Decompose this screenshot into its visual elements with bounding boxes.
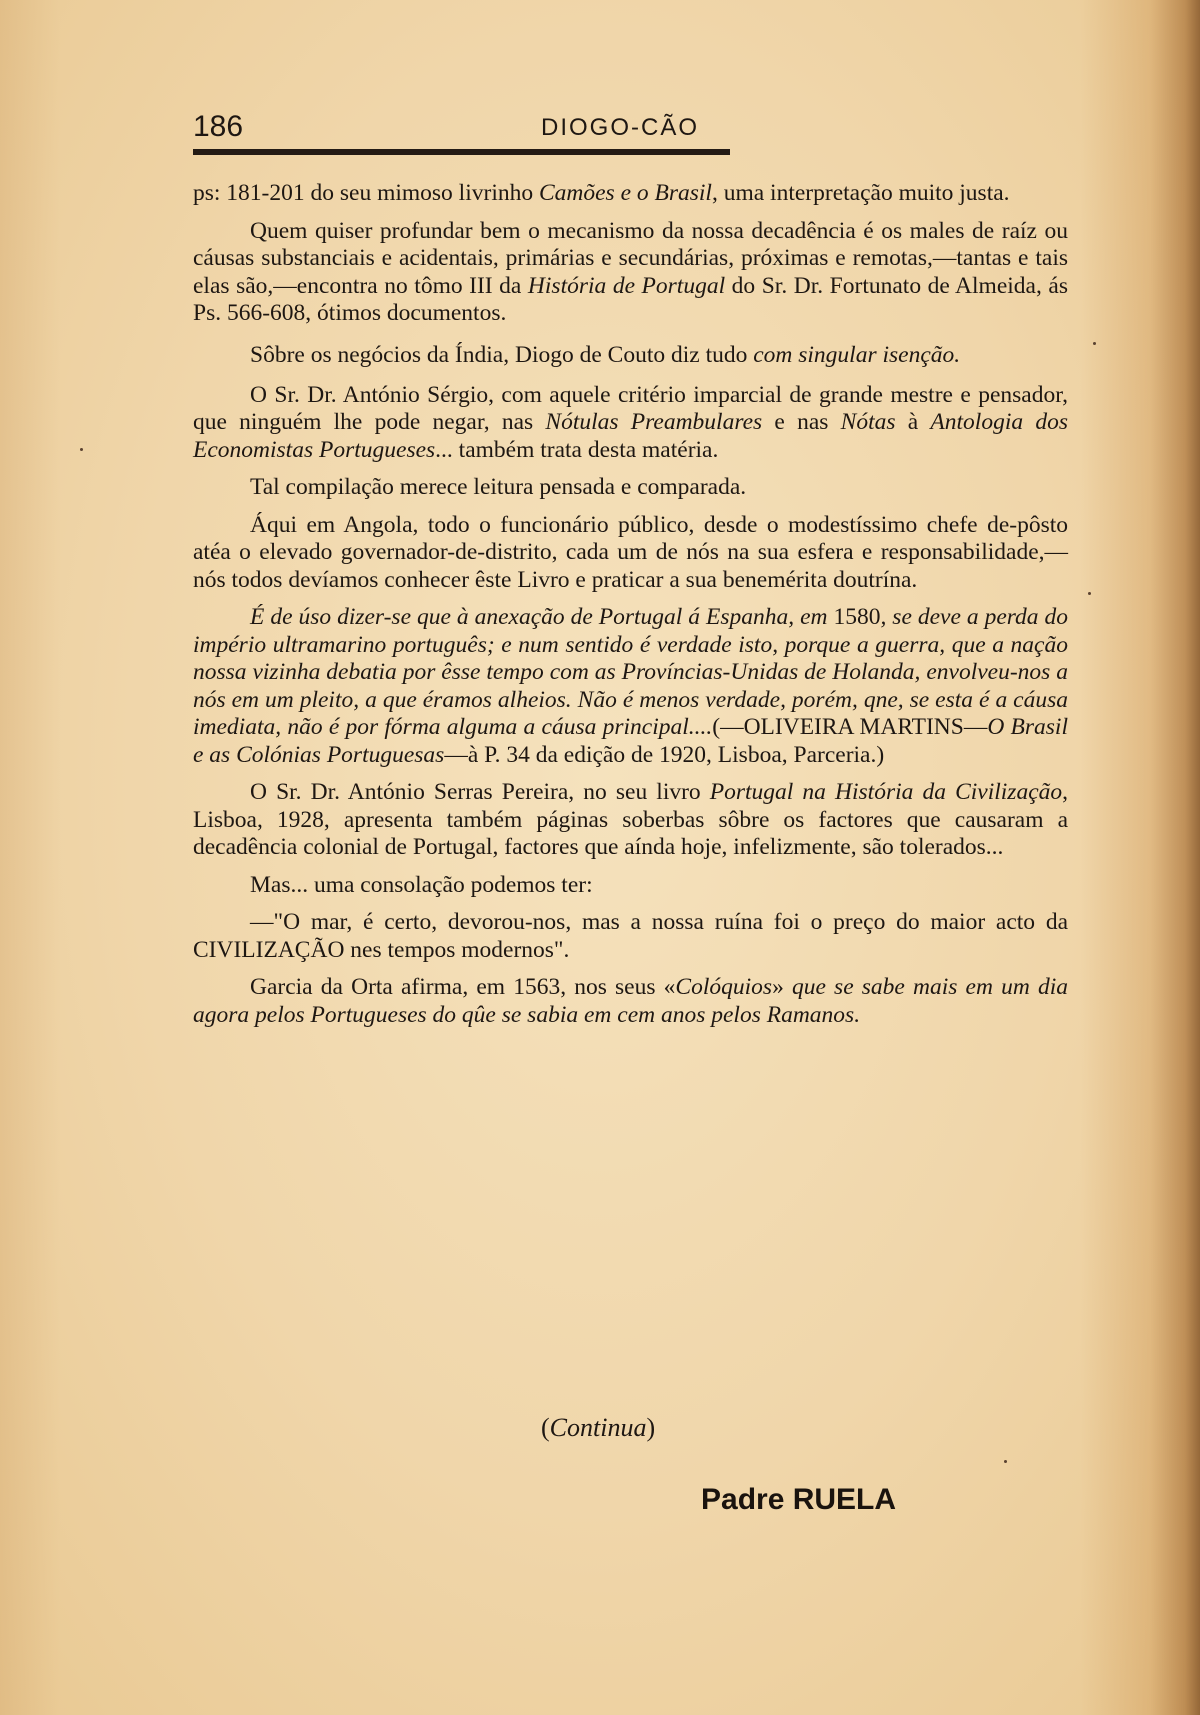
text-run: ps: 181-201 do seu mimoso livrinho [193, 180, 539, 206]
continued-note: (Continua) [541, 1413, 655, 1443]
italic-run: História de Portugal [528, 273, 725, 299]
paper-speck [1093, 342, 1096, 345]
paper-speck [1088, 592, 1091, 595]
paragraph: O Sr. Dr. António Serras Pereira, no seu… [193, 779, 1068, 862]
quoted-paragraph: É de úso dizer-se que à anexação de Port… [193, 604, 1068, 769]
text-run: ... também trata desta matéria. [435, 437, 718, 463]
italic-run: com singular isenção. [753, 342, 960, 368]
paragraph: Tal compilação merece leitura pensada e … [193, 474, 1068, 502]
paragraph: Áqui em Angola, todo o funcionário públi… [193, 512, 1068, 595]
paragraph: Mas... uma consolação podemos ter: [193, 872, 1068, 900]
text-run: » [772, 974, 792, 1000]
text-run: Garcia da Orta afirma, em 1563, nos seus… [250, 974, 675, 1000]
text-run: (—OLIVEIRA MARTINS— [712, 714, 987, 740]
italic-run: É de úso dizer-se que à anexação de Port… [250, 604, 833, 630]
text-run: Tal compilação merece leitura pensada e … [250, 474, 746, 500]
text-run: O Sr. Dr. António Serras Pereira, no seu… [250, 779, 710, 805]
italic-run: Colóquios [675, 974, 772, 1000]
paragraph: Sôbre os negócios da Índia, Diogo de Cou… [193, 338, 1068, 372]
text-run: —à P. 34 da edição de 1920, Lisboa, Parc… [444, 742, 884, 768]
italic-run: Nótulas Preambulares [545, 409, 762, 435]
paragraph: ps: 181-201 do seu mimoso livrinho Camõe… [193, 180, 1068, 208]
continued-label: Continua [550, 1413, 647, 1442]
paragraph: O Sr. Dr. António Sérgio, com aquele cri… [193, 382, 1068, 465]
text-run: e nas [762, 409, 840, 435]
page-number: 186 [193, 110, 243, 144]
header-rule [193, 149, 730, 155]
italic-run: Camões e o Brasil [539, 180, 712, 206]
author-signature: Padre RUELA [701, 1483, 896, 1517]
running-head: 186 DIOGO-CÃO [193, 108, 733, 148]
paragraph: Quem quiser profundar bem o mecanismo da… [193, 218, 1068, 328]
text-run: 1580 [833, 604, 880, 630]
article-body: ps: 181-201 do seu mimoso livrinho Camõe… [193, 180, 1068, 1039]
paragraph: —"O mar, é certo, devorou-nos, mas a nos… [193, 909, 1068, 964]
text-run: Sôbre os negócios da Índia, Diogo de Cou… [250, 342, 753, 368]
paper-speck [1004, 1460, 1007, 1463]
text-run: , uma interpretação muito justa. [712, 180, 1010, 206]
text-run: à [896, 409, 931, 435]
text-run: Áqui em Angola, todo o funcionário públi… [193, 512, 1068, 593]
paragraph: Garcia da Orta afirma, em 1563, nos seus… [193, 974, 1068, 1029]
italic-run: Portugal na História da Civilização [710, 779, 1062, 805]
journal-title: DIOGO-CÃO [541, 114, 699, 142]
text-run: —"O mar, é certo, devorou-nos, mas a nos… [193, 909, 1068, 963]
paper-speck [80, 448, 83, 451]
text-run: Mas... uma consolação podemos ter: [250, 872, 593, 898]
italic-run: Nótas [841, 409, 896, 435]
